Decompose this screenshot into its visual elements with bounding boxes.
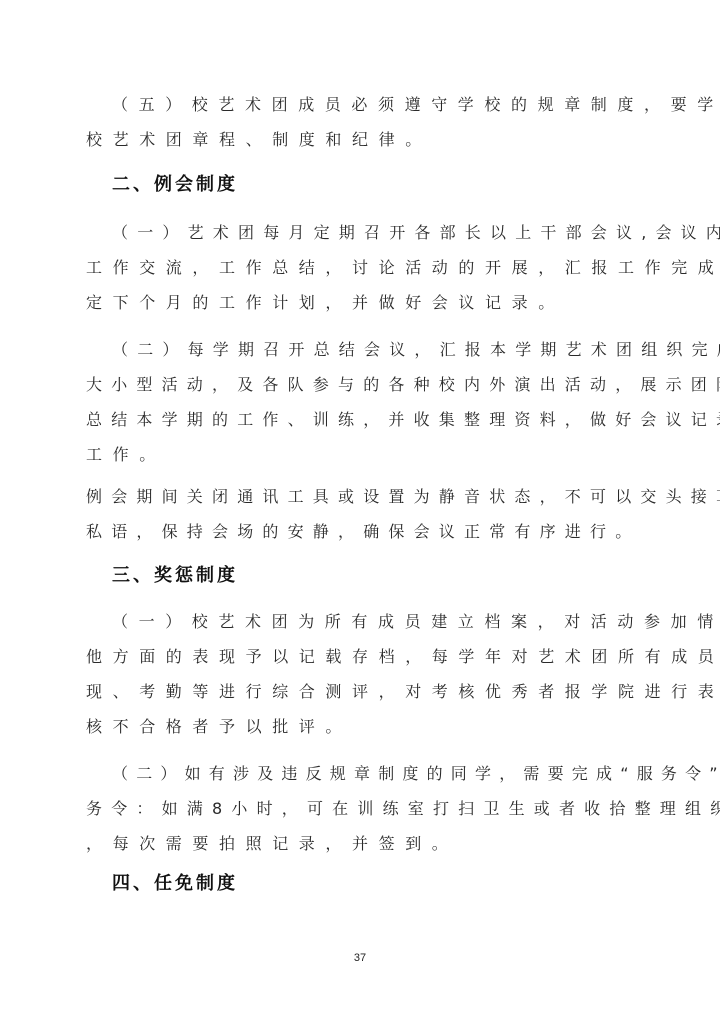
paragraph-line: （一）校艺术团为所有成员建立档案，对活动参加情况和其 bbox=[112, 612, 672, 632]
paragraph-line: 校艺术团章程、制度和纪律。 bbox=[86, 130, 646, 150]
section-heading: 三、奖惩制度 bbox=[112, 565, 238, 587]
paragraph-line: （二）每学期召开总结会议，汇报本学期艺术团组织完成的各 bbox=[112, 340, 672, 360]
paragraph-line: 工作交流，工作总结，讨论活动的开展，汇报工作完成情况及制 bbox=[86, 258, 646, 278]
section-heading: 四、任免制度 bbox=[112, 873, 238, 895]
paragraph-line: 大小型活动，及各队参与的各种校内外演出活动，展示团队文化， bbox=[86, 375, 646, 395]
paragraph-line: （一）艺术团每月定期召开各部长以上干部会议,会议内容包括 bbox=[112, 223, 672, 243]
paragraph-line: 例会期间关闭通讯工具或设置为静音状态，不可以交头接耳，窃窃 bbox=[86, 487, 646, 507]
paragraph-line: 工作。 bbox=[86, 445, 646, 465]
paragraph-line: 总结本学期的工作、训练，并收集整理资料，做好会议记录和档案 bbox=[86, 410, 646, 430]
paragraph-line: （二）如有涉及违反规章制度的同学，需要完成“服务令”。服 bbox=[112, 764, 672, 784]
page-number: 37 bbox=[0, 952, 720, 964]
paragraph-line: （五）校艺术团成员必须遵守学校的规章制度，要学习、遵守 bbox=[112, 95, 672, 115]
paragraph-line: 现、考勤等进行综合测评，对考核优秀者报学院进行表彰，对考 bbox=[86, 682, 646, 702]
document-page: （五）校艺术团成员必须遵守学校的规章制度，要学习、遵守 校艺术团章程、制度和纪律… bbox=[0, 0, 720, 1018]
paragraph-line: 务令：如满8小时，可在训练室打扫卫生或者收拾整理组织内务等 bbox=[86, 799, 646, 819]
paragraph-line: ，每次需要拍照记录，并签到。 bbox=[86, 834, 646, 854]
paragraph-line: 核不合格者予以批评。 bbox=[86, 717, 646, 737]
paragraph-line: 私语，保持会场的安静，确保会议正常有序进行。 bbox=[86, 522, 646, 542]
paragraph-line: 他方面的表现予以记载存档，每学年对艺术团所有成员的演出表 bbox=[86, 647, 646, 667]
section-heading: 二、例会制度 bbox=[112, 174, 238, 196]
paragraph-line: 定下个月的工作计划，并做好会议记录。 bbox=[86, 293, 646, 313]
